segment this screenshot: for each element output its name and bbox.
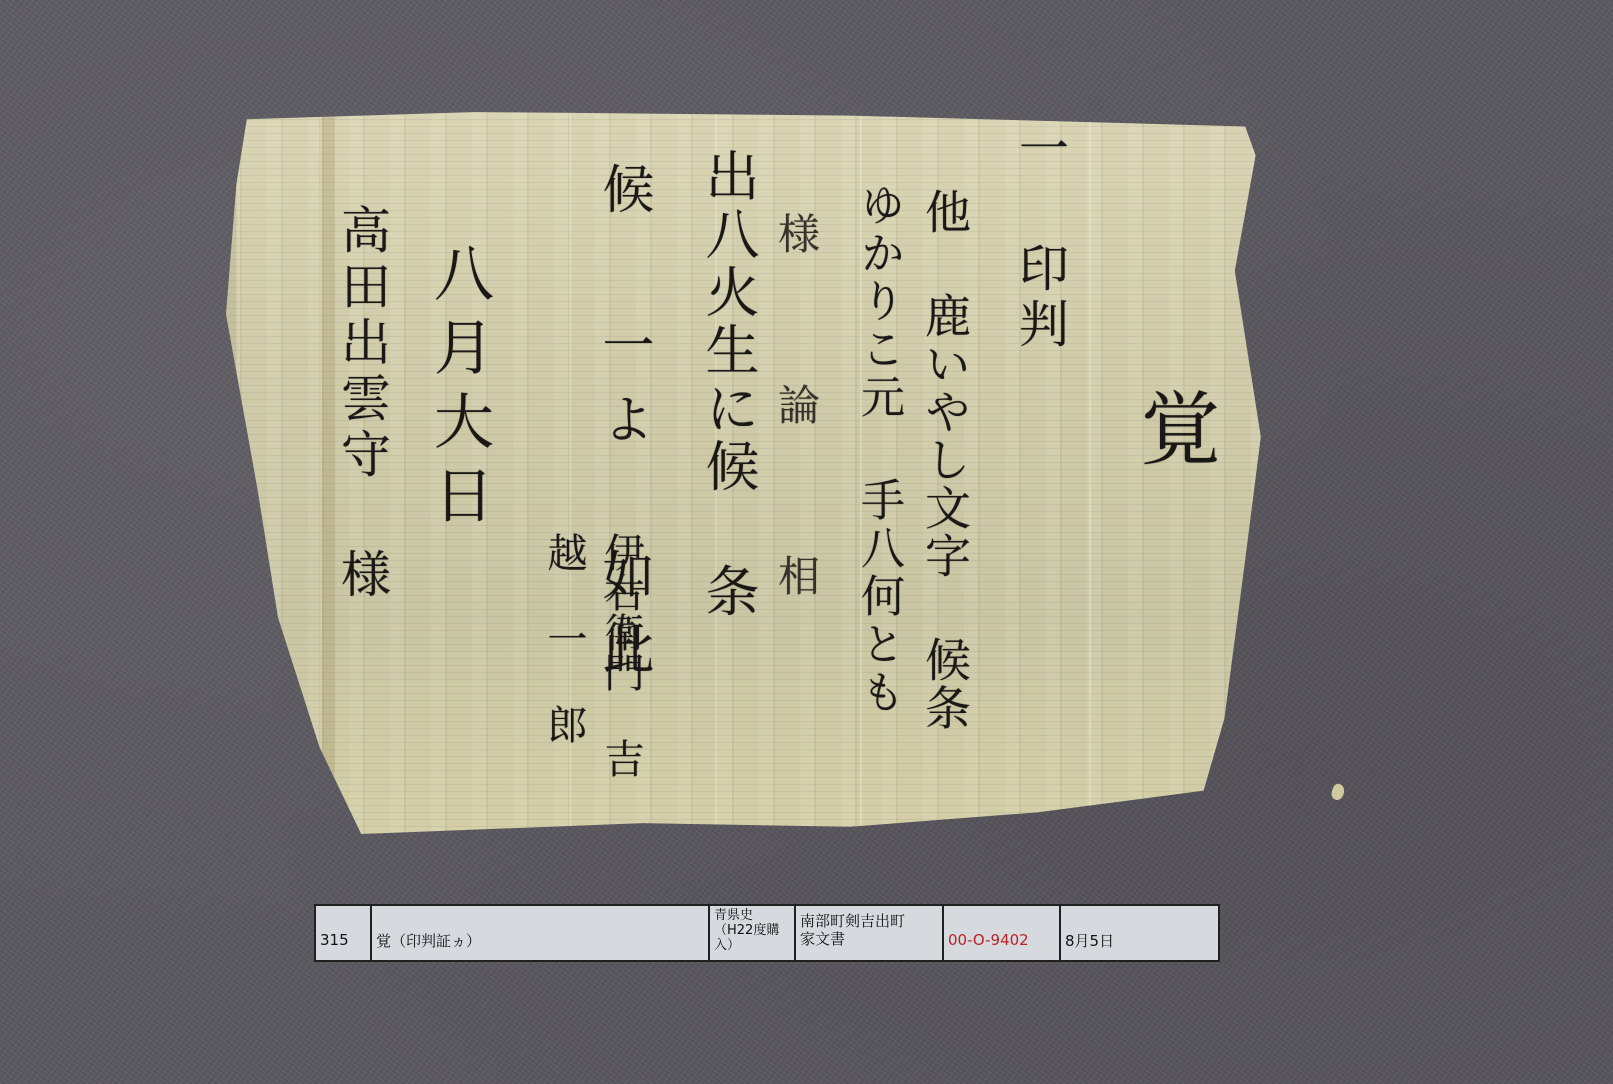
manuscript-column-1: 一 印判 (1004, 122, 1076, 354)
manuscript-column-8: 八月大日 (416, 242, 502, 538)
paper-crease (1089, 112, 1091, 834)
manuscript-title: 覚 (1116, 387, 1231, 473)
manuscript-column-7: 伊右衛門 吉 越 一 郎 (536, 532, 650, 834)
label-source-line3: 入） (714, 938, 779, 953)
manuscript-column-5: 出八火生に候 条 (690, 148, 767, 621)
manuscript-column-2: 他 鹿いやし文字 候条 (912, 188, 978, 732)
label-source-line2: （H22度購 (714, 923, 779, 938)
manuscript-paper: 覚 一 印判 他 鹿いやし文字 候条 ゆかりこ元 手八何とも 様 論 相 出八火… (226, 112, 1266, 834)
paper-crease (320, 112, 322, 834)
label-date: 8月5日 (1061, 906, 1218, 960)
manuscript-column-3: ゆかりこ元 手八何とも (846, 182, 910, 717)
label-code: 00-O-9402 (944, 906, 1061, 960)
label-collection: 南部町剣吉出町 家文書 (796, 906, 944, 960)
label-source: 青県史 （H22度購 入） (710, 906, 796, 960)
manuscript-column-4: 様 論 相 (766, 212, 826, 636)
catalog-label: 315 覚（印判証ヵ） 青県史 （H22度購 入） 南部町剣吉出町 家文書 00… (314, 904, 1220, 962)
label-source-line1: 青県史 (714, 908, 779, 923)
label-collection-line2: 家文書 (800, 930, 905, 948)
label-number: 315 (316, 906, 372, 960)
manuscript-column-9: 高田出雲守 様 (326, 204, 398, 604)
label-title: 覚（印判証ヵ） (372, 906, 710, 960)
label-collection-line1: 南部町剣吉出町 (800, 912, 905, 930)
